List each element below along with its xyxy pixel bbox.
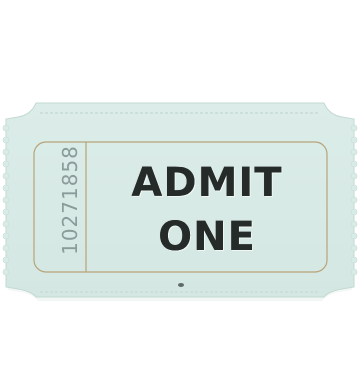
snap-button — [178, 283, 184, 287]
serial-number: 10271858 — [60, 145, 80, 255]
headline-one: ONE — [88, 217, 326, 257]
headline-admit: ADMIT — [88, 163, 326, 203]
product-photo: 10271858 ADMIT ONE — [0, 0, 360, 391]
